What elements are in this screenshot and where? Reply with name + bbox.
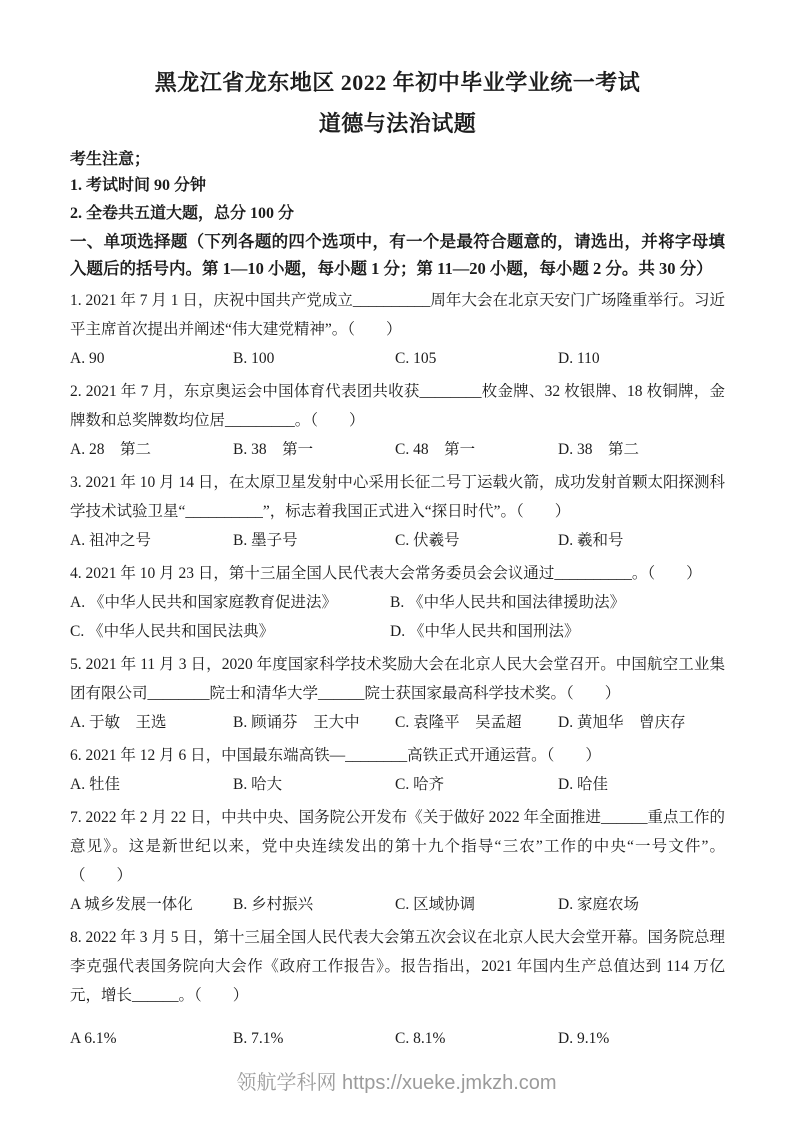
page-title: 黑龙江省龙东地区 2022 年初中毕业学业统一考试 bbox=[70, 70, 725, 96]
question-1: 1. 2021 年 7 月 1 日，庆祝中国共产党成立__________周年大… bbox=[70, 286, 725, 373]
question-5: 5. 2021 年 11 月 3 日，2020 年度国家科学技术奖励大会在北京人… bbox=[70, 650, 725, 737]
option-item: B. 38 第一 bbox=[233, 435, 395, 464]
notice-heading: 考生注意； bbox=[70, 148, 725, 172]
option-item: D. 家庭农场 bbox=[558, 890, 725, 919]
question-options: A. 《中华人民共和国家庭教育促进法》 B. 《中华人民共和国法律援助法》 C.… bbox=[70, 588, 725, 646]
option-item: D. 羲和号 bbox=[558, 526, 725, 555]
question-options: A. 90 B. 100 C. 105 D. 110 bbox=[70, 344, 725, 373]
option-item: B. 《中华人民共和国法律援助法》 bbox=[390, 588, 725, 617]
question-options: A. 祖冲之号 B. 墨子号 C. 伏羲号 D. 羲和号 bbox=[70, 526, 725, 555]
option-item: A. 牡佳 bbox=[70, 770, 233, 799]
option-item: D. 110 bbox=[558, 344, 725, 373]
option-item: D. 黄旭华 曾庆存 bbox=[558, 708, 725, 737]
notice-item-2: 2. 全卷共五道大题，总分 100 分 bbox=[70, 200, 725, 228]
option-item: D. 38 第二 bbox=[558, 435, 725, 464]
question-text: 3. 2021 年 10 月 14 日，在太原卫星发射中心采用长征二号丁运载火箭… bbox=[70, 468, 725, 526]
option-item: C. 哈齐 bbox=[395, 770, 558, 799]
question-options: A. 牡佳 B. 哈大 C. 哈齐 D. 哈佳 bbox=[70, 770, 725, 799]
option-item: D. 《中华人民共和国刑法》 bbox=[390, 617, 725, 646]
exam-paper-page: 黑龙江省龙东地区 2022 年初中毕业学业统一考试 道德与法治试题 考生注意； … bbox=[0, 0, 793, 1122]
option-item: C. 48 第一 bbox=[395, 435, 558, 464]
option-item: B. 顾诵芬 王大中 bbox=[233, 708, 395, 737]
question-text: 1. 2021 年 7 月 1 日，庆祝中国共产党成立__________周年大… bbox=[70, 286, 725, 344]
question-text: 7. 2022 年 2 月 22 日，中共中央、国务院公开发布《关于做好 202… bbox=[70, 803, 725, 890]
question-text: 2. 2021 年 7 月，东京奥运会中国体育代表团共收获________枚金牌… bbox=[70, 377, 725, 435]
option-item: C. 区域协调 bbox=[395, 890, 558, 919]
question-2: 2. 2021 年 7 月，东京奥运会中国体育代表团共收获________枚金牌… bbox=[70, 377, 725, 464]
watermark-text: 领航学科网 https://xueke.jmkzh.com bbox=[0, 1066, 793, 1095]
option-item: A. 90 bbox=[70, 344, 233, 373]
question-text: 4. 2021 年 10 月 23 日，第十三届全国人民代表大会常务委员会会议通… bbox=[70, 559, 725, 588]
question-3: 3. 2021 年 10 月 14 日，在太原卫星发射中心采用长征二号丁运载火箭… bbox=[70, 468, 725, 555]
question-options: A. 28 第二 B. 38 第一 C. 48 第一 D. 38 第二 bbox=[70, 435, 725, 464]
option-item: A 城乡发展一体化 bbox=[70, 890, 233, 919]
question-6: 6. 2021 年 12 月 6 日，中国最东端高铁—________高铁正式开… bbox=[70, 741, 725, 799]
question-options: A 6.1% B. 7.1% C. 8.1% D. 9.1% bbox=[70, 1024, 725, 1053]
option-item: C. 《中华人民共和国民法典》 bbox=[70, 617, 390, 646]
option-item: C. 伏羲号 bbox=[395, 526, 558, 555]
exam-subject-title: 道德与法治试题 bbox=[70, 111, 725, 137]
question-options: A. 于敏 王选 B. 顾诵芬 王大中 C. 袁隆平 吴孟超 D. 黄旭华 曾庆… bbox=[70, 708, 725, 737]
question-text: 5. 2021 年 11 月 3 日，2020 年度国家科学技术奖励大会在北京人… bbox=[70, 650, 725, 708]
option-item: D. 哈佳 bbox=[558, 770, 725, 799]
option-item: B. 7.1% bbox=[233, 1024, 395, 1053]
notice-item-1: 1. 考试时间 90 分钟 bbox=[70, 172, 725, 200]
option-item: D. 9.1% bbox=[558, 1024, 725, 1053]
option-item: C. 105 bbox=[395, 344, 558, 373]
option-item: B. 墨子号 bbox=[233, 526, 395, 555]
option-item: A. 《中华人民共和国家庭教育促进法》 bbox=[70, 588, 390, 617]
option-item: B. 100 bbox=[233, 344, 395, 373]
option-item: C. 8.1% bbox=[395, 1024, 558, 1053]
option-item: A 6.1% bbox=[70, 1024, 233, 1053]
option-item: A. 于敏 王选 bbox=[70, 708, 233, 737]
option-item: B. 乡村振兴 bbox=[233, 890, 395, 919]
question-4: 4. 2021 年 10 月 23 日，第十三届全国人民代表大会常务委员会会议通… bbox=[70, 559, 725, 646]
question-8: 8. 2022 年 3 月 5 日，第十三届全国人民代表大会第五次会议在北京人民… bbox=[70, 923, 725, 1053]
question-text: 8. 2022 年 3 月 5 日，第十三届全国人民代表大会第五次会议在北京人民… bbox=[70, 923, 725, 1010]
option-item: A. 祖冲之号 bbox=[70, 526, 233, 555]
option-item: C. 袁隆平 吴孟超 bbox=[395, 708, 558, 737]
question-7: 7. 2022 年 2 月 22 日，中共中央、国务院公开发布《关于做好 202… bbox=[70, 803, 725, 919]
question-options: A 城乡发展一体化 B. 乡村振兴 C. 区域协调 D. 家庭农场 bbox=[70, 890, 725, 919]
option-item: A. 28 第二 bbox=[70, 435, 233, 464]
question-text: 6. 2021 年 12 月 6 日，中国最东端高铁—________高铁正式开… bbox=[70, 741, 725, 770]
section-heading: 一、单项选择题（下列各题的四个选项中，有一个是最符合题意的，请选出，并将字母填入… bbox=[70, 228, 725, 282]
option-item: B. 哈大 bbox=[233, 770, 395, 799]
